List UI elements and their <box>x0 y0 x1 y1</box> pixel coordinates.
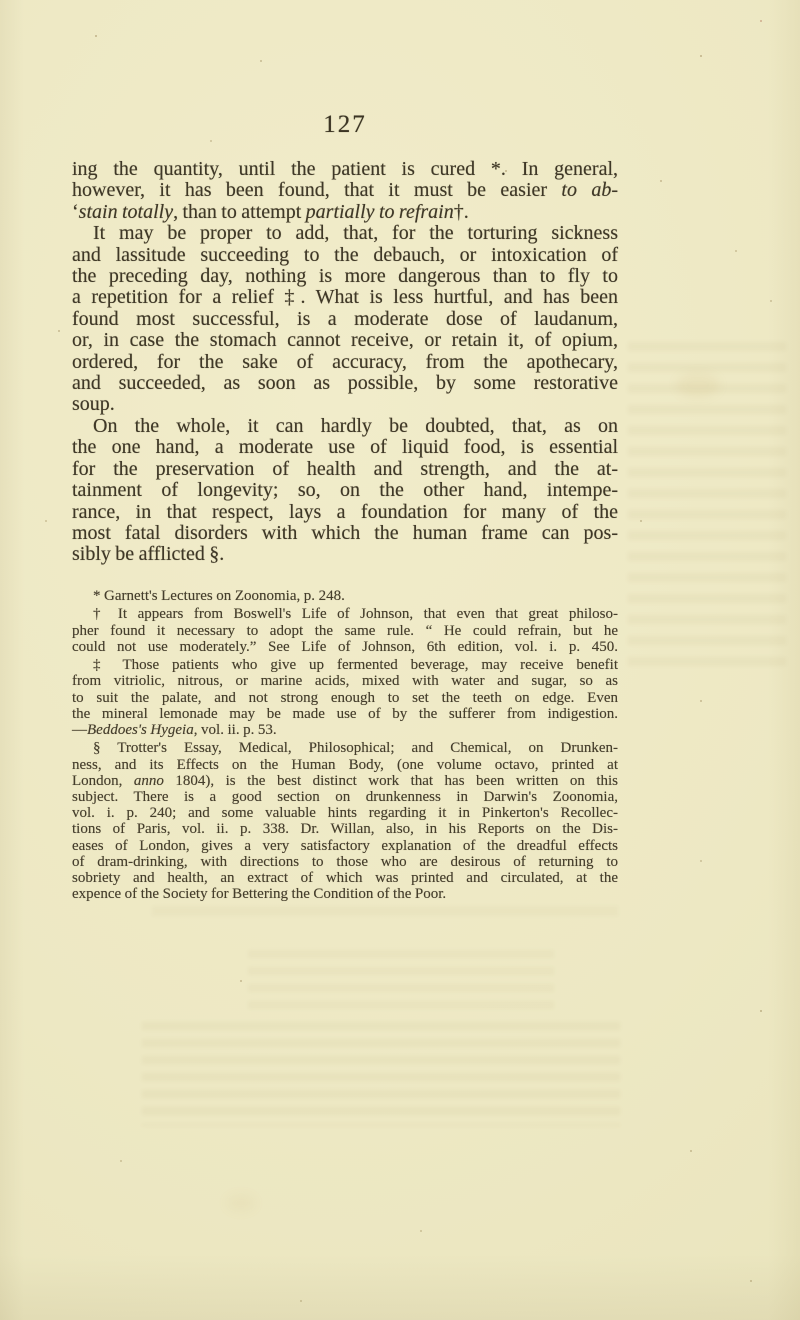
footnotes-section: * Garnett's Lectures on Zoonomia, p. 248… <box>72 588 618 905</box>
bleed-through-line <box>152 906 618 916</box>
text-segment: of dram-drinking, with directions to tho… <box>72 854 618 870</box>
text-line: of dram-drinking, with directions to tho… <box>72 854 618 870</box>
text-line: sibly be afflicted §. <box>72 544 618 565</box>
text-segment: 1804), is the best distinct work that ha… <box>164 773 618 789</box>
text-segment: the mineral lemonade may be made use of … <box>72 706 618 722</box>
text-line: —Beddoes's Hygeia, vol. ii. p. 53. <box>72 722 618 738</box>
text-segment: and succeeded, as soon as possible, by s… <box>72 372 618 394</box>
text-segment: most fatal disorders with which the huma… <box>72 522 618 544</box>
text-line: however, it has been found, that it must… <box>72 180 618 201</box>
italic-text-segment: anno <box>134 773 164 789</box>
text-segment: found most successful, is a moderate dos… <box>72 308 618 330</box>
text-segment: expence of the Society for Bettering the… <box>72 886 446 902</box>
paper-stain <box>226 1194 256 1212</box>
body-text: ing the quantity, until the patient is c… <box>72 159 618 566</box>
text-segment: , vol. ii. p. 53. <box>194 722 277 738</box>
text-line: eases of London, gives a very satisfacto… <box>72 838 618 854</box>
bleed-through-right-margin <box>628 342 786 672</box>
text-line: and lassitude succeeding to the debauch,… <box>72 245 618 266</box>
italic-text-segment: stain totally <box>79 201 173 223</box>
text-segment: subject. There is a good section on drun… <box>72 789 618 805</box>
italic-text-segment: Beddoes's Hygeia <box>87 722 194 738</box>
text-segment: — <box>72 722 87 738</box>
text-line: It may be proper to add, that, for the t… <box>72 223 618 244</box>
text-line: the one hand, a moderate use of liquid f… <box>72 437 618 458</box>
text-line: soup. <box>72 394 618 415</box>
text-segment: or, in case the stomach cannot receive, … <box>72 329 618 351</box>
italic-text-segment: to ab- <box>561 179 618 201</box>
text-line: † It appears from Boswell's Life of John… <box>72 606 618 622</box>
text-segment: § Trotter's Essay, Medical, Philosophica… <box>93 740 618 756</box>
text-line: could not use moderately.” See Life of J… <box>72 639 618 655</box>
scanned-book-page: 127 ing the quantity, until the patient … <box>0 0 800 1320</box>
paragraph-advice: It may be proper to add, that, for the t… <box>72 223 618 416</box>
text-line: ing the quantity, until the patient is c… <box>72 159 618 180</box>
text-line: tainment of longevity; so, on the other … <box>72 480 618 501</box>
text-line: ‡ Those patients who give up fermented b… <box>72 657 618 673</box>
paper-stain <box>676 372 720 398</box>
text-line: expence of the Society for Bettering the… <box>72 886 618 902</box>
bleed-through-lower-block <box>142 1022 620 1126</box>
text-segment: tainment of longevity; so, on the other … <box>72 479 618 501</box>
bleed-through-center-block <box>248 950 554 1014</box>
paper-speckles <box>95 35 97 37</box>
paragraph-conclusion: On the whole, it can hardly be doubted, … <box>72 416 618 566</box>
text-segment: † It appears from Boswell's Life of John… <box>93 606 618 622</box>
text-segment: and lassitude succeeding to the debauch,… <box>72 244 618 266</box>
footnote-asterisk: * Garnett's Lectures on Zoonomia, p. 248… <box>72 588 618 604</box>
text-segment: ing the quantity, until the patient is c… <box>72 158 618 180</box>
text-line: found most successful, is a moderate dos… <box>72 309 618 330</box>
text-segment: ‘ <box>72 201 79 223</box>
text-line: from vitriolic, nitrous, or marine acids… <box>72 673 618 689</box>
text-line: * Garnett's Lectures on Zoonomia, p. 248… <box>72 588 618 604</box>
text-segment: vol. i. p. 240; and some valuable hints … <box>72 805 618 821</box>
text-line: ‘stain totally, than to attempt partiall… <box>72 202 618 223</box>
text-segment: sibly be afflicted §. <box>72 543 224 565</box>
footnote-double-dagger: ‡ Those patients who give up fermented b… <box>72 657 618 738</box>
text-segment: ‡ Those patients who give up fermented b… <box>93 657 618 673</box>
text-segment: * Garnett's Lectures on Zoonomia, p. 248… <box>93 588 345 604</box>
text-line: ordered, for the sake of accuracy, from … <box>72 352 618 373</box>
text-segment: On the whole, it can hardly be doubted, … <box>93 415 618 437</box>
paragraph-continuation: ing the quantity, until the patient is c… <box>72 159 618 223</box>
text-segment: It may be proper to add, that, for the t… <box>93 222 618 244</box>
text-segment: ordered, for the sake of accuracy, from … <box>72 351 618 373</box>
text-segment: to suit the palate, and not strong enoug… <box>72 690 618 706</box>
text-line: § Trotter's Essay, Medical, Philosophica… <box>72 740 618 756</box>
text-line: a repetition for a relief ‡. What is les… <box>72 287 618 308</box>
footnote-section-mark: § Trotter's Essay, Medical, Philosophica… <box>72 740 618 902</box>
text-line: sobriety and health, an extract of which… <box>72 870 618 886</box>
text-line: On the whole, it can hardly be doubted, … <box>72 416 618 437</box>
text-segment: for the preservation of health and stren… <box>72 458 618 480</box>
text-line: or, in case the stomach cannot receive, … <box>72 330 618 351</box>
text-segment: ness, and its Effects on the Human Body,… <box>72 757 618 773</box>
text-segment: a repetition for a relief ‡. What is les… <box>72 286 618 308</box>
text-line: rance, in that respect, lays a foundatio… <box>72 502 618 523</box>
text-line: ness, and its Effects on the Human Body,… <box>72 757 618 773</box>
text-segment: from vitriolic, nitrous, or marine acids… <box>72 673 618 689</box>
footnote-dagger: † It appears from Boswell's Life of John… <box>72 606 618 655</box>
text-line: vol. i. p. 240; and some valuable hints … <box>72 805 618 821</box>
text-line: and succeeded, as soon as possible, by s… <box>72 373 618 394</box>
text-segment: the preceding day, nothing is more dange… <box>72 265 618 287</box>
text-segment: London, <box>72 773 134 789</box>
text-segment: the one hand, a moderate use of liquid f… <box>72 436 618 458</box>
text-line: for the preservation of health and stren… <box>72 459 618 480</box>
page-number: 127 <box>72 111 618 139</box>
text-line: the preceding day, nothing is more dange… <box>72 266 618 287</box>
text-segment: , than to attempt <box>173 201 306 223</box>
text-segment: †. <box>454 201 469 223</box>
text-line: the mineral lemonade may be made use of … <box>72 706 618 722</box>
text-segment: pher found it necessary to adopt the sam… <box>72 623 618 639</box>
text-line: pher found it necessary to adopt the sam… <box>72 623 618 639</box>
text-segment: soup. <box>72 393 115 415</box>
text-line: most fatal disorders with which the huma… <box>72 523 618 544</box>
italic-text-segment: partially to refrain <box>306 201 454 223</box>
text-line: subject. There is a good section on drun… <box>72 789 618 805</box>
text-line: to suit the palate, and not strong enoug… <box>72 690 618 706</box>
text-segment: however, it has been found, that it must… <box>72 179 561 201</box>
text-segment: tions of Paris, vol. ii. p. 338. Dr. Wil… <box>72 821 618 837</box>
text-line: tions of Paris, vol. ii. p. 338. Dr. Wil… <box>72 821 618 837</box>
text-segment: sobriety and health, an extract of which… <box>72 870 618 886</box>
text-segment: rance, in that respect, lays a foundatio… <box>72 501 618 523</box>
text-line: London, anno 1804), is the best distinct… <box>72 773 618 789</box>
text-segment: eases of London, gives a very satisfacto… <box>72 838 618 854</box>
text-segment: could not use moderately.” See Life of J… <box>72 639 618 655</box>
